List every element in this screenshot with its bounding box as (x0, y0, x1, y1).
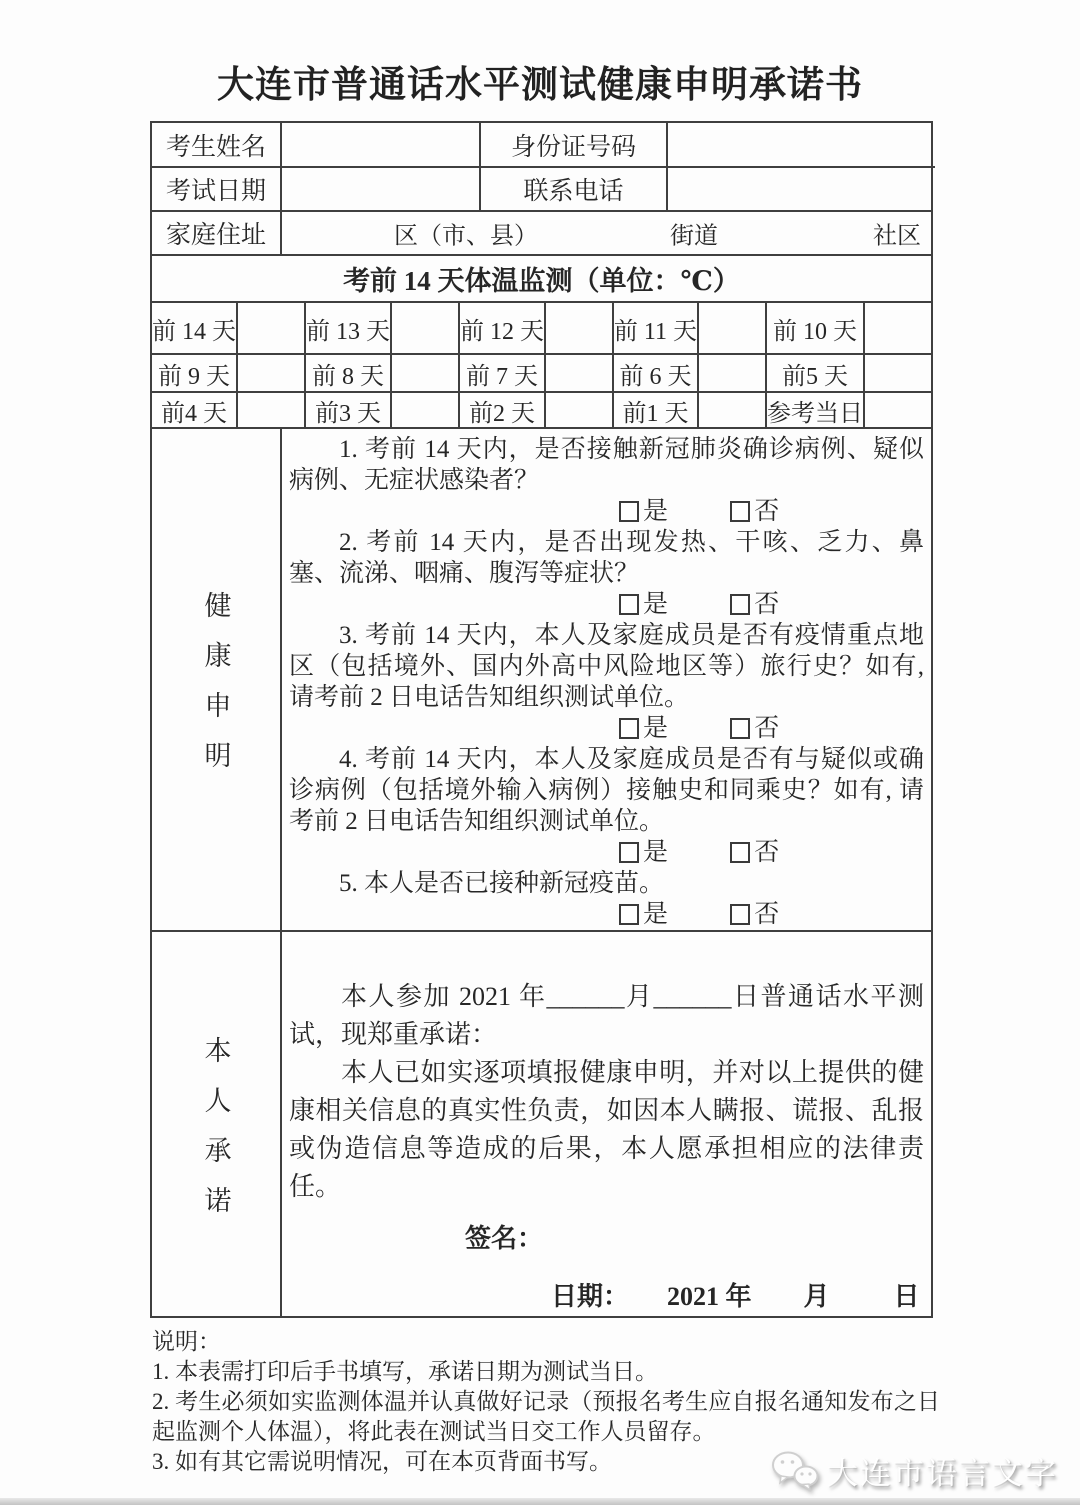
question-3-answers: 是 否 (289, 713, 924, 744)
date-line[interactable]: 日期： 2021 年 月 日 (289, 1278, 924, 1316)
examinee-name-field[interactable] (280, 123, 479, 166)
no-label: 否 (754, 713, 779, 744)
home-address-label: 家庭住址 (152, 212, 280, 254)
commitment-paragraph-2: 本人已如实逐项填报健康申明，并对以上提供的健康相关信息的真实性负责，如因本人瞒报… (289, 1054, 924, 1206)
question-5-answers: 是 否 (289, 899, 924, 930)
q2-no-checkbox[interactable]: 否 (730, 589, 779, 620)
commitment-side-label: 本人承诺 (152, 932, 280, 1316)
temp-day-label: 前 14 天 (152, 303, 236, 353)
temp-value-cell[interactable] (863, 353, 931, 391)
temp-value-cell[interactable] (390, 391, 458, 427)
temp-day-label: 前 11 天 (612, 303, 697, 353)
health-declaration-side-label: 健康申明 (152, 429, 280, 930)
page-title: 大连市普通话水平测试健康申明承诺书 (0, 0, 1080, 108)
checkbox-icon (619, 904, 639, 925)
id-number-field[interactable] (666, 123, 935, 166)
temperature-section-header: 考前 14 天体温监测（单位：℃） (152, 254, 931, 301)
form-page: 大连市普通话水平测试健康申明承诺书 考生姓名 身份证号码 考试日期 联系电话 家… (0, 0, 1080, 1505)
no-label: 否 (754, 899, 779, 930)
checkbox-icon (619, 501, 639, 522)
q4-no-checkbox[interactable]: 否 (730, 837, 779, 868)
temp-value-cell[interactable] (697, 303, 765, 353)
note-item-1: 1. 本表需打印后手书填写，承诺日期为测试当日。 (152, 1357, 940, 1387)
temp-day-label: 前4 天 (152, 391, 236, 427)
temp-day-label: 前 12 天 (458, 303, 544, 353)
temp-value-cell[interactable] (390, 303, 458, 353)
exam-date-label: 考试日期 (152, 166, 280, 210)
q1-no-checkbox[interactable]: 否 (730, 496, 779, 527)
signature-line[interactable]: 签名： (289, 1220, 924, 1258)
question-1: 1. 考前 14 天内，是否接触新冠肺炎确诊病例、疑似病例、无症状感染者？ (289, 434, 924, 496)
temp-value-cell[interactable] (236, 391, 304, 427)
temp-day-label: 前 9 天 (152, 353, 236, 391)
no-label: 否 (754, 589, 779, 620)
temp-value-cell[interactable] (390, 353, 458, 391)
yes-label: 是 (643, 496, 668, 527)
temp-value-cell[interactable] (544, 391, 612, 427)
q1-yes-checkbox[interactable]: 是 (619, 496, 668, 527)
temp-day-label: 前2 天 (458, 391, 544, 427)
temp-day-label: 前3 天 (304, 391, 390, 427)
temp-value-cell[interactable] (697, 391, 765, 427)
checkbox-icon (619, 718, 639, 739)
temp-day-label: 前5 天 (765, 353, 863, 391)
watermark: 大连市语言文字 (771, 1448, 1058, 1493)
wechat-icon (771, 1450, 821, 1492)
examinee-name-label: 考生姓名 (152, 123, 280, 166)
phone-field[interactable] (666, 166, 935, 210)
temp-value-cell[interactable] (544, 303, 612, 353)
yes-label: 是 (643, 713, 668, 744)
question-1-answers: 是 否 (289, 496, 924, 527)
temp-value-cell[interactable] (544, 353, 612, 391)
checkbox-icon (619, 842, 639, 863)
home-address-field[interactable]: 区（市、县） 街道 社区 (280, 212, 931, 254)
checkbox-icon (730, 501, 750, 522)
notes-title: 说明： (152, 1327, 940, 1357)
info-grid: 考生姓名 身份证号码 考试日期 联系电话 (152, 123, 931, 210)
scan-edge-artifact (0, 1498, 1080, 1505)
signature-label: 签名： (465, 1224, 543, 1253)
temp-value-cell[interactable] (863, 303, 931, 353)
temp-day-label: 前 7 天 (458, 353, 544, 391)
district-hint: 区（市、县） (394, 216, 538, 251)
q5-yes-checkbox[interactable]: 是 (619, 899, 668, 930)
question-2: 2. 考前 14 天内，是否出现发热、干咳、乏力、鼻塞、流涕、咽痛、腹泻等症状？ (289, 527, 924, 589)
checkbox-icon (730, 842, 750, 863)
temp-day-label: 参考当日 (765, 391, 863, 427)
q3-yes-checkbox[interactable]: 是 (619, 713, 668, 744)
temp-value-cell[interactable] (863, 391, 931, 427)
question-4-answers: 是 否 (289, 837, 924, 868)
q4-yes-checkbox[interactable]: 是 (619, 837, 668, 868)
watermark-text: 大连市语言文字 (827, 1448, 1058, 1493)
question-3: 3. 考前 14 天内，本人及家庭成员是否有疫情重点地区（包括境外、国内外高中风… (289, 620, 924, 713)
phone-label: 联系电话 (479, 166, 666, 210)
note-item-2: 2. 考生必须如实监测体温并认真做好记录（预报名考生应自报名通知发布之日起监测个… (152, 1387, 940, 1447)
checkbox-icon (730, 718, 750, 739)
temp-value-cell[interactable] (697, 353, 765, 391)
temp-day-label: 前1 天 (612, 391, 697, 427)
temp-value-cell[interactable] (236, 303, 304, 353)
question-4: 4. 考前 14 天内，本人及家庭成员是否有与疑似或确诊病例（包括境外输入病例）… (289, 744, 924, 837)
no-label: 否 (754, 837, 779, 868)
checkbox-icon (730, 904, 750, 925)
commitment-section: 本人承诺 本人参加 2021 年______月______日普通话水平测试，现郑… (152, 930, 931, 1316)
date-label: 日期： (551, 1278, 629, 1316)
q2-yes-checkbox[interactable]: 是 (619, 589, 668, 620)
temp-day-label: 前 13 天 (304, 303, 390, 353)
q5-no-checkbox[interactable]: 否 (730, 899, 779, 930)
address-row: 家庭住址 区（市、县） 街道 社区 (152, 210, 931, 254)
date-year: 2021 年 (667, 1278, 752, 1316)
checkbox-icon (619, 594, 639, 615)
temp-value-cell[interactable] (236, 353, 304, 391)
temp-day-label: 前 10 天 (765, 303, 863, 353)
community-hint: 社区 (873, 216, 921, 251)
no-label: 否 (754, 496, 779, 527)
temperature-grid: 前 14 天 前 13 天 前 12 天 前 11 天 前 10 天 前 9 天… (152, 301, 931, 427)
question-2-answers: 是 否 (289, 589, 924, 620)
yes-label: 是 (643, 589, 668, 620)
question-5: 5. 本人是否已接种新冠疫苗。 (289, 868, 924, 899)
yes-label: 是 (643, 837, 668, 868)
yes-label: 是 (643, 899, 668, 930)
q3-no-checkbox[interactable]: 否 (730, 713, 779, 744)
form-table: 考生姓名 身份证号码 考试日期 联系电话 家庭住址 区（市、县） 街道 社区 考… (150, 121, 933, 1318)
commitment-content: 本人参加 2021 年______月______日普通话水平测试，现郑重承诺： … (280, 932, 931, 1316)
health-declaration-content: 1. 考前 14 天内，是否接触新冠肺炎确诊病例、疑似病例、无症状感染者？ 是 … (280, 429, 931, 930)
id-number-label: 身份证号码 (479, 123, 666, 166)
date-month: 月 (804, 1278, 830, 1316)
commitment-paragraph-1: 本人参加 2021 年______月______日普通话水平测试，现郑重承诺： (289, 978, 924, 1054)
checkbox-icon (730, 594, 750, 615)
temp-day-label: 前 8 天 (304, 353, 390, 391)
temp-day-label: 前 6 天 (612, 353, 697, 391)
exam-date-field[interactable] (280, 166, 479, 210)
date-day: 日 (894, 1278, 920, 1316)
street-hint: 街道 (670, 216, 718, 251)
health-declaration-section: 健康申明 1. 考前 14 天内，是否接触新冠肺炎确诊病例、疑似病例、无症状感染… (152, 427, 931, 930)
